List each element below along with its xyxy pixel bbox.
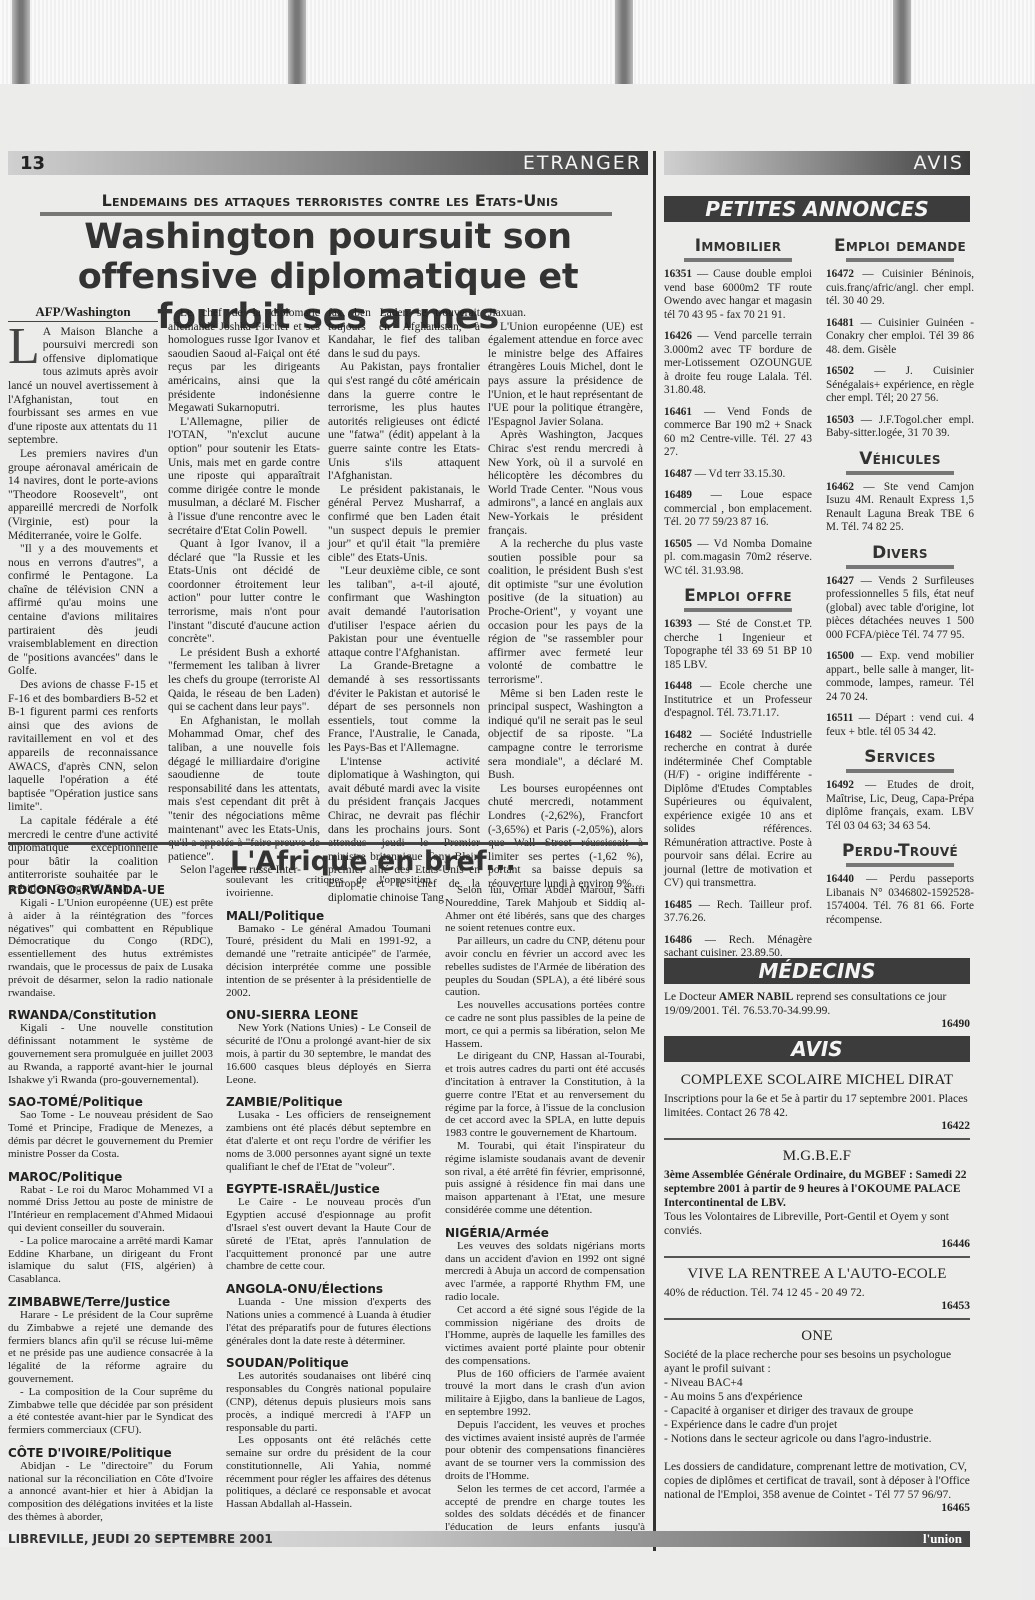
classified-ad: 16427 — Vends 2 Surfileuses professionne… (826, 575, 974, 643)
kicker-underline (40, 212, 612, 216)
notice-line: - Capacité à organiser et diriger des tr… (664, 1404, 970, 1418)
ad-number: 16462 (826, 481, 854, 493)
brief-paragraph: Les autorités soudanaises ont libéré cin… (226, 1370, 431, 1434)
ad-reference: 16422 (664, 1120, 970, 1132)
article-paragraph: Le chef de la diplomatie allemande Joshk… (168, 307, 320, 416)
column-divider (653, 151, 656, 1551)
classified-ad: 16351 — Cause double emploi vend base 60… (664, 268, 812, 322)
brief-paragraph: - La police marocaine a arrêté mardi Kam… (8, 1235, 213, 1286)
classified-ad: 16489 — Loue espace commercial , bon emp… (664, 489, 812, 530)
doctor-name: AMER NABIL (719, 991, 793, 1003)
ads-left-column: Immobilier16351 — Cause double emploi ve… (664, 230, 812, 969)
article-column-1: AFP/Washington L A Maison Blanche a pour… (8, 305, 158, 897)
classified-ad: 16426 — Vend parcelle terrain 3.000m2 av… (664, 330, 812, 398)
bref-column-1: RDCONGO-RWANDA-UEKigali - L'Union europé… (8, 874, 213, 1524)
drop-cap: L (8, 326, 43, 368)
article-paragraph: La Grande-Bretagne a demandé à ses resso… (328, 660, 480, 755)
notice-separator (664, 1138, 970, 1140)
brief-paragraph: Rabat - Le roi du Maroc Mohammed VI a no… (8, 1184, 213, 1235)
avis-section-label: AVIS (914, 152, 964, 174)
brief-heading: ONU-SIERRA LEONE (226, 1008, 431, 1022)
newspaper-page: 13 ETRANGER AVIS Lendemains des attaques… (0, 84, 1022, 1600)
bref-title: L'Afrique en bref... (230, 846, 516, 877)
ads-right-column: Emploi demande16472 — Cuisinier Béninois… (826, 230, 974, 935)
brief-body: Les autorités soudanaises ont libéré cin… (226, 1370, 431, 1511)
brief-heading: ZAMBIE/Politique (226, 1095, 431, 1109)
brief-body: soulevant les critiques de l'opposition … (226, 874, 431, 900)
ad-number: 16503 (826, 414, 854, 426)
ad-category-heading: Emploi demande (826, 236, 974, 256)
brief-paragraph: Abidjan - Le "directoire" du Forum natio… (8, 1460, 213, 1524)
classified-ad: 16440 — Perdu passeports Libanais N° 034… (826, 873, 974, 927)
brief-heading: SOUDAN/Politique (226, 1356, 431, 1370)
ad-number: 16427 (826, 575, 854, 587)
classified-ad: 16472 — Cuisinier Béninois, cuis.franç/a… (826, 268, 974, 309)
article-paragraph: Quant à Igor Ivanov, il a déclaré que "l… (168, 538, 320, 647)
ad-number: 16440 (826, 873, 854, 885)
notice-line: Société de la place recherche pour ses b… (664, 1348, 970, 1376)
brief-paragraph: Selon lui, Omar Abdel Marouf, Saffi Nour… (445, 884, 645, 935)
classified-ad: 16481 — Cuisinier Guinéen - Conakry cher… (826, 317, 974, 358)
article-paragraph: L'Union européenne (UE) est également at… (488, 321, 643, 430)
ad-number: 16461 (664, 406, 692, 418)
ad-category-heading: Perdu-Trouvé (826, 841, 974, 861)
footer-bar: LIBREVILLE, JEUDI 20 SEPTEMBRE 2001 l'un… (0, 1531, 970, 1547)
classified-ad: 16448 — Ecole cherche une Institutrice e… (664, 680, 812, 721)
classified-ad: 16486 — Rech. Ménagère sachant cuisiner.… (664, 934, 812, 961)
ad-number: 16486 (664, 934, 692, 946)
brief-paragraph: Lusaka - Les officiers de renseignement … (226, 1109, 431, 1173)
ad-number: 16351 (664, 268, 692, 280)
ad-category-heading: Divers (826, 543, 974, 563)
article-paragraph: Même si ben Laden reste le principal sus… (488, 688, 643, 783)
brief-heading: RWANDA/Constitution (8, 1008, 213, 1022)
article-paragraph: Le président Bush a exhorté "fermement l… (168, 647, 320, 715)
classified-ad: 16461 — Vend Fonds de commerce Bar 190 m… (664, 406, 812, 460)
notice-title: COMPLEXE SCOLAIRE MICHEL DIRAT (664, 1072, 970, 1089)
article-column-3: fax, ben Laden se trouverait toujours en… (328, 307, 480, 905)
brief-body: Harare - Le président de la Cour suprême… (8, 1309, 213, 1437)
brief-paragraph: Plus de 160 officiers de l'armée avaient… (445, 1368, 645, 1419)
article-paragraph: Les premiers navires d'un groupe aéronav… (8, 448, 158, 543)
brief-paragraph: Kigali - L'Union européenne (UE) est prê… (8, 897, 213, 999)
section-label: ETRANGER (523, 152, 642, 174)
article-paragraph: Le président pakistanais, le général Per… (328, 484, 480, 566)
ad-number: 16472 (826, 268, 854, 280)
brief-heading: EGYPTE-ISRAËL/Justice (226, 1182, 431, 1196)
avis-banner: AVIS (664, 1036, 970, 1062)
brief-heading: MAROC/Politique (8, 1170, 213, 1184)
ad-number: 16505 (664, 538, 692, 550)
notice-title: ONE (664, 1328, 970, 1345)
brief-body: Bamako - Le général Amadou Toumani Touré… (226, 923, 431, 1000)
brief-body: Selon lui, Omar Abdel Marouf, Saffi Nour… (445, 884, 645, 1217)
classified-ad: 16503 — J.F.Togol.cher empl. Baby-sitter… (826, 414, 974, 441)
article-paragraph: Des avions de chasse F-15 et F-16 et des… (8, 679, 158, 815)
notice-line: - Au moins 5 ans d'expérience (664, 1390, 970, 1404)
article-paragraph: L'Allemagne, pilier de l'OTAN, "n'exclut… (168, 416, 320, 538)
brief-heading: ZIMBABWE/Terre/Justice (8, 1295, 213, 1309)
brief-paragraph: Kigali - Une nouvelle constitution défin… (8, 1022, 213, 1086)
brief-paragraph: Depuis l'accident, les veuves et proches… (445, 1419, 645, 1483)
notice-separator (664, 1318, 970, 1320)
brief-body: New York (Nations Unies) - Le Conseil de… (226, 1022, 431, 1086)
medecins-notice: Le Docteur AMER NABIL reprend ses consul… (664, 990, 970, 1030)
brief-heading: RDCONGO-RWANDA-UE (8, 883, 213, 897)
ad-reference: 16465 (664, 1502, 970, 1514)
classified-ad: 16511 — Départ : vend cui. 4 feux + btle… (826, 712, 974, 739)
article-paragraph: "Il y a des mouvements et nous en verron… (8, 543, 158, 679)
notice-title: VIVE LA RENTREE A L'AUTO-ECOLE (664, 1266, 970, 1283)
notice-line: - Notions dans le secteur agricole ou da… (664, 1432, 970, 1446)
category-underline (846, 863, 954, 867)
category-underline (684, 608, 792, 612)
notice-line: 40% de réduction. Tél. 74 12 45 - 20 49 … (664, 1286, 970, 1300)
ad-number: 16393 (664, 618, 692, 630)
ad-number: 16485 (664, 899, 692, 911)
page-number: 13 (20, 153, 45, 174)
brief-paragraph: - La composition de la Cour suprême du Z… (8, 1386, 213, 1437)
classified-ad: 16502 — J. Cuisinier Sénégalais+ expérie… (826, 365, 974, 406)
category-underline (684, 258, 792, 262)
classified-ad: 16485 — Rech. Tailleur prof. 37.76.26. (664, 899, 812, 926)
classified-ad: 16462 — Ste vend Camjon Isuzu 4M. Renaul… (826, 481, 974, 535)
brief-paragraph: Les veuves des soldats nigérians morts d… (445, 1240, 645, 1304)
notice-line: - Expérience dans le cadre d'un projet (664, 1418, 970, 1432)
brief-paragraph: Harare - Le président de la Cour suprême… (8, 1309, 213, 1386)
category-underline (846, 258, 954, 262)
brief-body: Les veuves des soldats nigérians morts d… (445, 1240, 645, 1547)
brief-paragraph: soulevant les critiques de l'opposition … (226, 874, 431, 900)
bref-column-2: soulevant les critiques de l'opposition … (226, 874, 431, 1511)
brief-body: Lusaka - Les officiers de renseignement … (226, 1109, 431, 1173)
article-kicker: Lendemains des attaques terroristes cont… (40, 191, 620, 210)
brief-heading: CÔTE D'IVOIRE/Politique (8, 1446, 213, 1460)
ad-number: 16482 (664, 729, 692, 741)
brief-body: Kigali - Une nouvelle constitution défin… (8, 1022, 213, 1086)
ad-number: 16511 (826, 712, 853, 724)
brief-body: Luanda - Une mission d'experts des Natio… (226, 1296, 431, 1347)
brief-body: Le Caire - Le nouveau procès d'un Egypti… (226, 1196, 431, 1273)
brief-paragraph: New York (Nations Unies) - Le Conseil de… (226, 1022, 431, 1086)
classified-ad: 16500 — Exp. vend mobilier appart., bell… (826, 650, 974, 704)
brief-paragraph: Sao Tome - Le nouveau président de Sao T… (8, 1109, 213, 1160)
brief-heading: SAO-TOMÉ/Politique (8, 1095, 213, 1109)
notice-line: Les dossiers de candidature, comprenant … (664, 1460, 970, 1502)
ad-number: 16489 (664, 489, 692, 501)
article-paragraph: Après Washington, Jacques Chirac s'est r… (488, 429, 643, 538)
ad-reference: 16490 (664, 1018, 970, 1030)
notice-title: M.G.B.E.F (664, 1148, 970, 1165)
article-paragraph: fax, ben Laden se trouverait toujours en… (328, 307, 480, 361)
bref-column-3: Selon lui, Omar Abdel Marouf, Saffi Nour… (445, 884, 645, 1547)
brief-paragraph: M. Tourabi, qui était l'inspirateur du r… (445, 1140, 645, 1217)
category-underline (846, 471, 954, 475)
notice-line: Tous les Volontaires de Libreville, Port… (664, 1210, 970, 1238)
avis-header-bar: AVIS (664, 151, 970, 175)
ad-reference: 16453 (664, 1300, 970, 1312)
article-column-2: Le chef de la diplomatie allemande Joshk… (168, 307, 320, 878)
article-column-4: Jiaxuan.L'Union européenne (UE) est égal… (488, 307, 643, 892)
brief-heading: NIGÉRIA/Armée (445, 1226, 645, 1240)
brief-body: Rabat - Le roi du Maroc Mohammed VI a no… (8, 1184, 213, 1286)
ad-reference: 16446 (664, 1238, 970, 1250)
ad-category-heading: Emploi offre (664, 586, 812, 606)
ad-category-heading: Immobilier (664, 236, 812, 256)
scan-artifact (12, 0, 30, 84)
brief-paragraph: Les nouvelles accusations portées contre… (445, 999, 645, 1050)
brief-paragraph: Cet accord a été signé sous l'égide de l… (445, 1304, 645, 1368)
ad-number: 16481 (826, 317, 854, 329)
avis-notices: COMPLEXE SCOLAIRE MICHEL DIRATInscriptio… (664, 1064, 970, 1514)
brief-paragraph: Le dirigeant du CNP, Hassan al-Tourabi, … (445, 1050, 645, 1140)
classified-ad: 16492 — Etudes de droit, Maîtrise, Lic, … (826, 779, 974, 833)
newspaper-logo: l'union (923, 1531, 962, 1547)
classified-ad: 16393 — Sté de Const.et TP. cherche 1 In… (664, 618, 812, 672)
classified-ad: 16482 — Société Industrielle recherche e… (664, 729, 812, 891)
notice-line (664, 1446, 970, 1460)
brief-heading: ANGOLA-ONU/Élections (226, 1282, 431, 1296)
article-paragraph: Jiaxuan. (488, 307, 643, 321)
ad-number: 16492 (826, 779, 854, 791)
article-paragraph: Au Pakistan, pays frontalier qui s'est r… (328, 361, 480, 483)
category-underline (846, 565, 954, 569)
brief-body: Sao Tome - Le nouveau président de Sao T… (8, 1109, 213, 1160)
scan-artifact (893, 0, 911, 84)
dateline: LIBREVILLE, JEUDI 20 SEPTEMBRE 2001 (8, 1532, 273, 1546)
petites-annonces-banner: PETITES ANNONCES (664, 196, 970, 222)
ad-number: 16426 (664, 330, 692, 342)
ad-category-heading: Véhicules (826, 449, 974, 469)
classified-ad: 16487 — Vd terr 33.15.30. (664, 468, 812, 482)
ad-number: 16502 (826, 365, 854, 377)
brief-paragraph: Les opposants ont été relâchés cette sem… (226, 1434, 431, 1511)
brief-paragraph: Luanda - Une mission d'experts des Natio… (226, 1296, 431, 1347)
article-paragraph: A la recherche du plus vaste soutien pos… (488, 538, 643, 688)
brief-body: Kigali - L'Union européenne (UE) est prê… (8, 897, 213, 999)
ad-category-heading: Services (826, 747, 974, 767)
section-header-bar: 13 ETRANGER (8, 151, 648, 175)
article-paragraph: "Leur deuxième cible, ce sont les taliba… (328, 565, 480, 660)
category-underline (846, 769, 954, 773)
scan-artifact (615, 0, 633, 84)
ad-number: 16500 (826, 650, 854, 662)
brief-heading: MALI/Politique (226, 909, 431, 923)
section-divider (8, 842, 648, 845)
ad-number: 16448 (664, 680, 692, 692)
medecins-banner: MÉDECINS (664, 958, 970, 984)
classified-ad: 16505 — Vd Nomba Domaine pl. com.magasin… (664, 538, 812, 579)
ad-number: 16487 (664, 468, 692, 480)
notice-line: - Niveau BAC+4 (664, 1376, 970, 1390)
brief-body: Abidjan - Le "directoire" du Forum natio… (8, 1460, 213, 1524)
scan-artifact (288, 0, 306, 84)
brief-paragraph: Le Caire - Le nouveau procès d'un Egypti… (226, 1196, 431, 1273)
brief-paragraph: Bamako - Le général Amadou Toumani Touré… (226, 923, 431, 1000)
notice-line: Inscriptions pour la 6e et 5e à partir d… (664, 1092, 970, 1120)
notice-separator (664, 1256, 970, 1258)
notice-bold-text: 3ème Assemblée Générale Ordinaire, du MG… (664, 1168, 970, 1210)
article-col1-text: A Maison Blanche a poursuivi mercredi so… (8, 326, 158, 897)
brief-paragraph: Par ailleurs, un cadre du CNP, détenu po… (445, 935, 645, 999)
scan-margin (0, 0, 1035, 84)
